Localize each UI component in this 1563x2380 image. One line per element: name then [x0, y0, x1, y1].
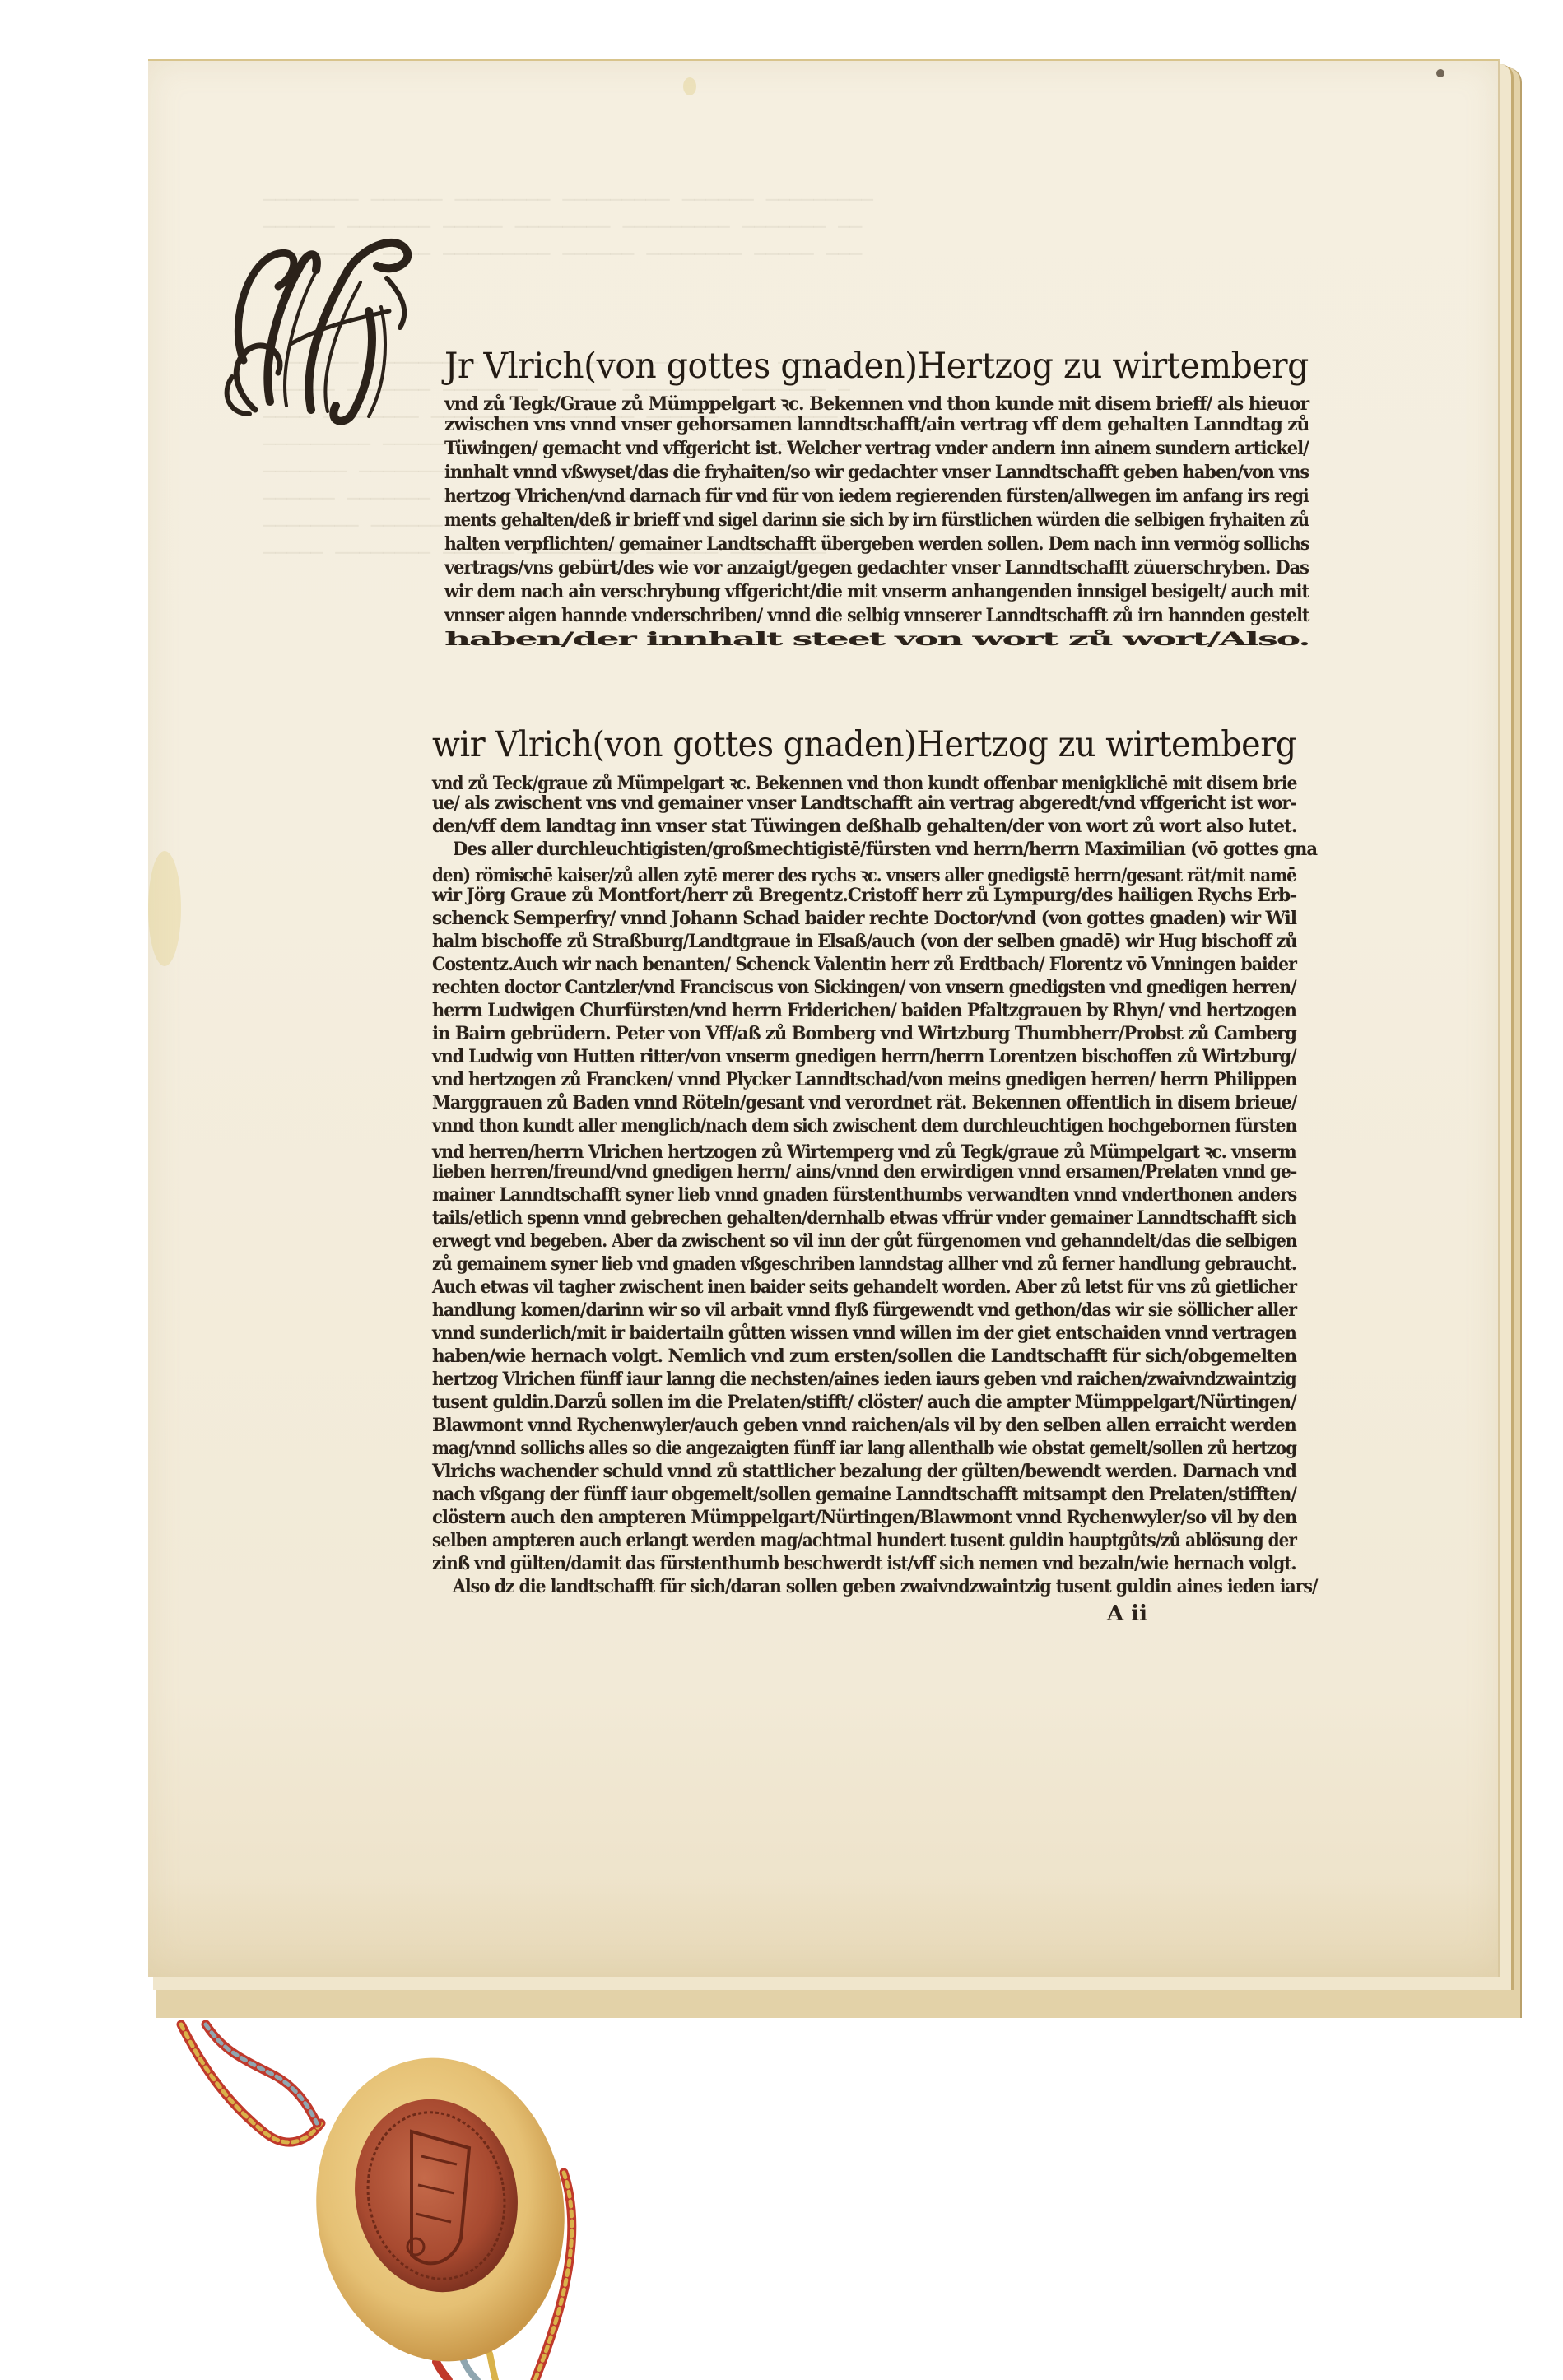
text-line: mag/vnnd sollichs alles so die angezaigt…: [432, 1438, 1296, 1459]
seal-cord-left: [181, 2024, 321, 2142]
wax-seal: [165, 2008, 741, 2380]
section1-headline: Jr Vlrich(von gottes gnaden)Hertzog zu w…: [444, 346, 1309, 387]
text-line: vnd herren/herrn Vlrichen hertzogen zů W…: [432, 1138, 1296, 1164]
text-line: clöstern auch den ampteren Mümppelgart/N…: [432, 1507, 1296, 1528]
text-line: vnnd sunderlich/mit ir baidertailn gůtte…: [432, 1322, 1296, 1344]
text-line: wir dem nach ain verschrybung vffgericht…: [444, 581, 1309, 602]
text-line: haben/der innhalt steet von wort zů wort…: [444, 629, 1309, 650]
text-line: hertzog Vlrichen fünff iaur lanng die ne…: [432, 1369, 1296, 1390]
section2-headline: wir Vlrich(von gottes gnaden)Hertzog zu …: [432, 724, 1296, 765]
text-line: selben ampteren auch erlangt werden mag/…: [432, 1530, 1296, 1551]
text-line: den/vff dem landtag inn vnser stat Tüwin…: [432, 816, 1296, 837]
text-line: halten verpflichten/ gemainer Landtschaf…: [444, 533, 1309, 555]
text-line: tails/etlich spenn vnnd gebrechen gehalt…: [432, 1207, 1296, 1229]
text-line: Vlrichs wachender schuld vnnd zů stattli…: [432, 1461, 1296, 1482]
text-line: Des aller durchleuchtigisten/großmechtig…: [453, 839, 1317, 860]
text-line: Tüwingen/ gemacht vnd vffgericht ist. We…: [444, 438, 1309, 459]
text-line: lieben herren/freund/vnd gnedigen herrn/…: [432, 1161, 1296, 1183]
text-line: vnd Ludwig von Hutten ritter/von vnserm …: [432, 1046, 1296, 1067]
text-line: mainer Lanndtschafft syner lieb vnnd gna…: [432, 1184, 1296, 1206]
text-line: tusent guldin.Darzů sollen im die Prelat…: [432, 1392, 1296, 1413]
text-line: vnd zů Tegk/Graue zů Mümppelgart ꝛc. Bek…: [444, 390, 1268, 416]
text-line: Also dz die landtschafft für sich/daran …: [453, 1576, 1317, 1597]
text-line: ue/ als zwischent vns vnd gemainer vnser…: [432, 793, 1296, 814]
text-line: Blawmont vnnd Rychenwyler/auch geben vnn…: [432, 1415, 1296, 1436]
signature-mark: A ii: [1107, 1601, 1147, 1626]
paper-stain: [683, 77, 696, 95]
text-line: vnd zů Teck/graue zů Mümpelgart ꝛc. Beke…: [432, 769, 1296, 795]
text-line: hertzog Vlrichen/vnd darnach für vnd für…: [444, 486, 1309, 507]
text-line: ments gehalten/deß ir brieff vnd sigel d…: [444, 509, 1309, 531]
text-line: den) römischē kaiser/zů allen zytē merer…: [432, 862, 1296, 887]
text-line: Marggrauen zů Baden vnnd Röteln/gesant v…: [432, 1092, 1296, 1113]
text-line: zinß vnd gülten/damit das fürstenthumb b…: [432, 1553, 1296, 1574]
text-line: erwegt vnd begeben. Aber da zwischent so…: [432, 1230, 1296, 1252]
text-line: wir Jörg Graue zů Montfort/herr zů Brege…: [432, 885, 1296, 906]
text-line: zwischen vns vnnd vnser gehorsamen lannd…: [444, 414, 1309, 435]
text-line: vnd hertzogen zů Francken/ vnnd Plycker …: [432, 1069, 1296, 1090]
text-line: in Bairn gebrüdern. Peter von Vff/aß zů …: [432, 1023, 1296, 1044]
text-line: schenck Semperfry/ vnnd Johann Schad bai…: [432, 908, 1296, 929]
text-line: Costentz.Auch wir nach benanten/ Schenck…: [432, 954, 1296, 975]
text-line: zů gemainem syner lieb vnd gnaden vßgesc…: [432, 1253, 1296, 1275]
text-line: vnnser aigen hannde vnderschriben/ vnnd …: [444, 605, 1309, 626]
text-line: handlung komen/darinn wir so vil arbait …: [432, 1299, 1296, 1321]
text-line: Auch etwas vil tagher zwischent inen bai…: [432, 1276, 1296, 1298]
text-line: halm bischoffe zů Straßburg/Landtgraue i…: [432, 931, 1296, 952]
text-line: rechten doctor Cantzler/vnd Franciscus v…: [432, 977, 1296, 998]
text-line: herrn Ludwigen Churfürsten/vnd herrn Fri…: [432, 1000, 1296, 1021]
text-line: innhalt vnnd vßwyset/das die fryhaiten/s…: [444, 462, 1309, 483]
text-line: vertrags/vns gebürt/des wie vor anzaigt/…: [444, 557, 1309, 579]
decorated-initial-h: [212, 229, 436, 426]
paper-speck: [1436, 69, 1444, 77]
paper-stain: [148, 851, 181, 966]
text-line: vnnd thon kundt aller menglich/nach dem …: [432, 1115, 1296, 1137]
text-line: nach vßgang der fünff iaur obgemelt/soll…: [432, 1484, 1296, 1505]
text-line: haben/wie hernach volgt. Nemlich vnd zum…: [432, 1346, 1296, 1367]
